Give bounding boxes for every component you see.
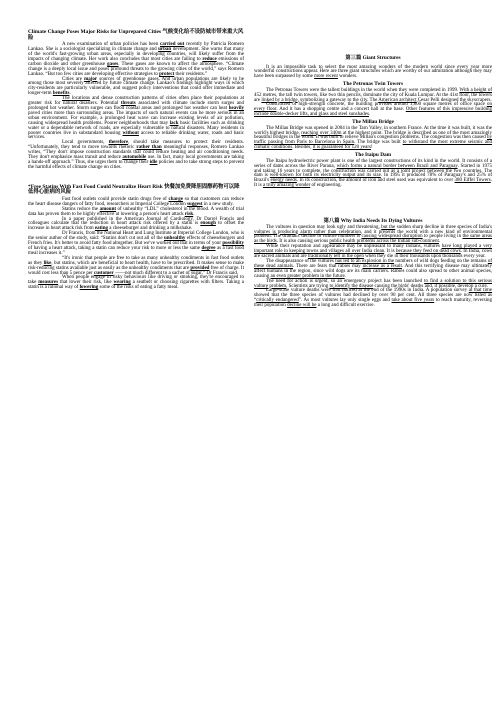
- paragraph: In a paper published in the American Jou…: [28, 218, 244, 233]
- text-run: . Besides,: [292, 145, 313, 150]
- cloze-answer: lowering: [80, 285, 99, 290]
- cloze-answer: degree: [201, 246, 215, 251]
- paragraph: Constructed of high-strength concrete, t…: [254, 103, 492, 118]
- paragraph: When people engage in risky behaviours l…: [28, 276, 244, 291]
- paragraph: While their reputation and appearance ma…: [254, 245, 492, 260]
- underlined-phrase: more recent: [314, 74, 338, 79]
- paragraph: The Petronas Towers were the tallest bui…: [254, 89, 492, 104]
- text-run: It is an impossible task to select the m…: [254, 65, 492, 80]
- underlined-phrase: decline will be: [287, 303, 316, 308]
- cloze-answer: enough: [200, 221, 216, 226]
- title-text: Climate Change Poses Major Risks for Unp…: [28, 29, 243, 41]
- text-run: a long and difficult exercise.: [317, 303, 375, 308]
- underlined-phrase: take about five years: [391, 298, 434, 303]
- paragraph: Dr Francis, from the National Heart and …: [28, 232, 244, 257]
- paragraph: It is an impossible task to select the m…: [254, 66, 492, 81]
- title-text: *Free Statins With Fast Food Could Neutr…: [28, 184, 240, 196]
- column-left: Climate Change Poses Major Risks for Unp…: [28, 30, 244, 702]
- paragraph: Cities are major sources of greenhouse g…: [28, 78, 244, 98]
- underlined-phrase: it is guaranteed for 120 years: [313, 145, 371, 150]
- text-run: .: [369, 112, 370, 117]
- underlined-phrase: 380 Eiffel Towers: [455, 178, 491, 183]
- title-text: 第三篇 Giant Structures: [345, 55, 400, 61]
- document-page: Climate Change Poses Major Risks for Unp…: [0, 0, 496, 702]
- paragraph: The disappearance of the vultures has le…: [254, 260, 492, 280]
- title-text: 第八篇 Why India Needs Its Dying Vultures: [324, 218, 423, 224]
- passage-title: *Free Statins With Fast Food Could Neutr…: [28, 185, 244, 196]
- paragraph: A new examination of urban policies has …: [28, 43, 244, 77]
- column-right: 第三篇 Giant StructuresIt is an impossible …: [254, 30, 492, 702]
- paragraph: The vultures in question may look ugly a…: [254, 226, 492, 246]
- paragraph: “It's ironic that people are free to tak…: [28, 257, 244, 277]
- underlined-phrase: a truly amazing wonder: [263, 183, 310, 188]
- passage-title: Climate Change Poses Major Risks for Unp…: [28, 30, 244, 41]
- paragraph: Large-scale vulture deaths were first no…: [254, 289, 492, 309]
- paragraph: The Millau Bridge was opened in 2004 in …: [254, 127, 492, 152]
- spacer: [28, 171, 244, 185]
- title-text: The Itaipu Dam: [355, 152, 391, 158]
- text-run: of unhealthy “LDL” cholesterol in the bl…: [28, 207, 244, 217]
- paragraph: The locations and dense construction pat…: [28, 97, 244, 141]
- paragraph: Local governments, therefore, should tak…: [28, 141, 244, 170]
- title-text: The Millau Bridge: [352, 119, 394, 125]
- spacer: [254, 189, 492, 217]
- passage-heading: 第三篇 Giant Structures: [254, 55, 492, 62]
- text-run: wonders.: [338, 74, 357, 79]
- paragraph: The Itaipu hydroelectric power plant is …: [254, 160, 492, 189]
- text-run: of engineering.: [310, 183, 342, 188]
- title-text: The Petronas Twin Towers: [343, 81, 403, 87]
- cloze-answer: without: [123, 131, 139, 136]
- text-run: some of the risks of eating a fatty meal…: [98, 285, 178, 290]
- text-run: !: [371, 145, 373, 150]
